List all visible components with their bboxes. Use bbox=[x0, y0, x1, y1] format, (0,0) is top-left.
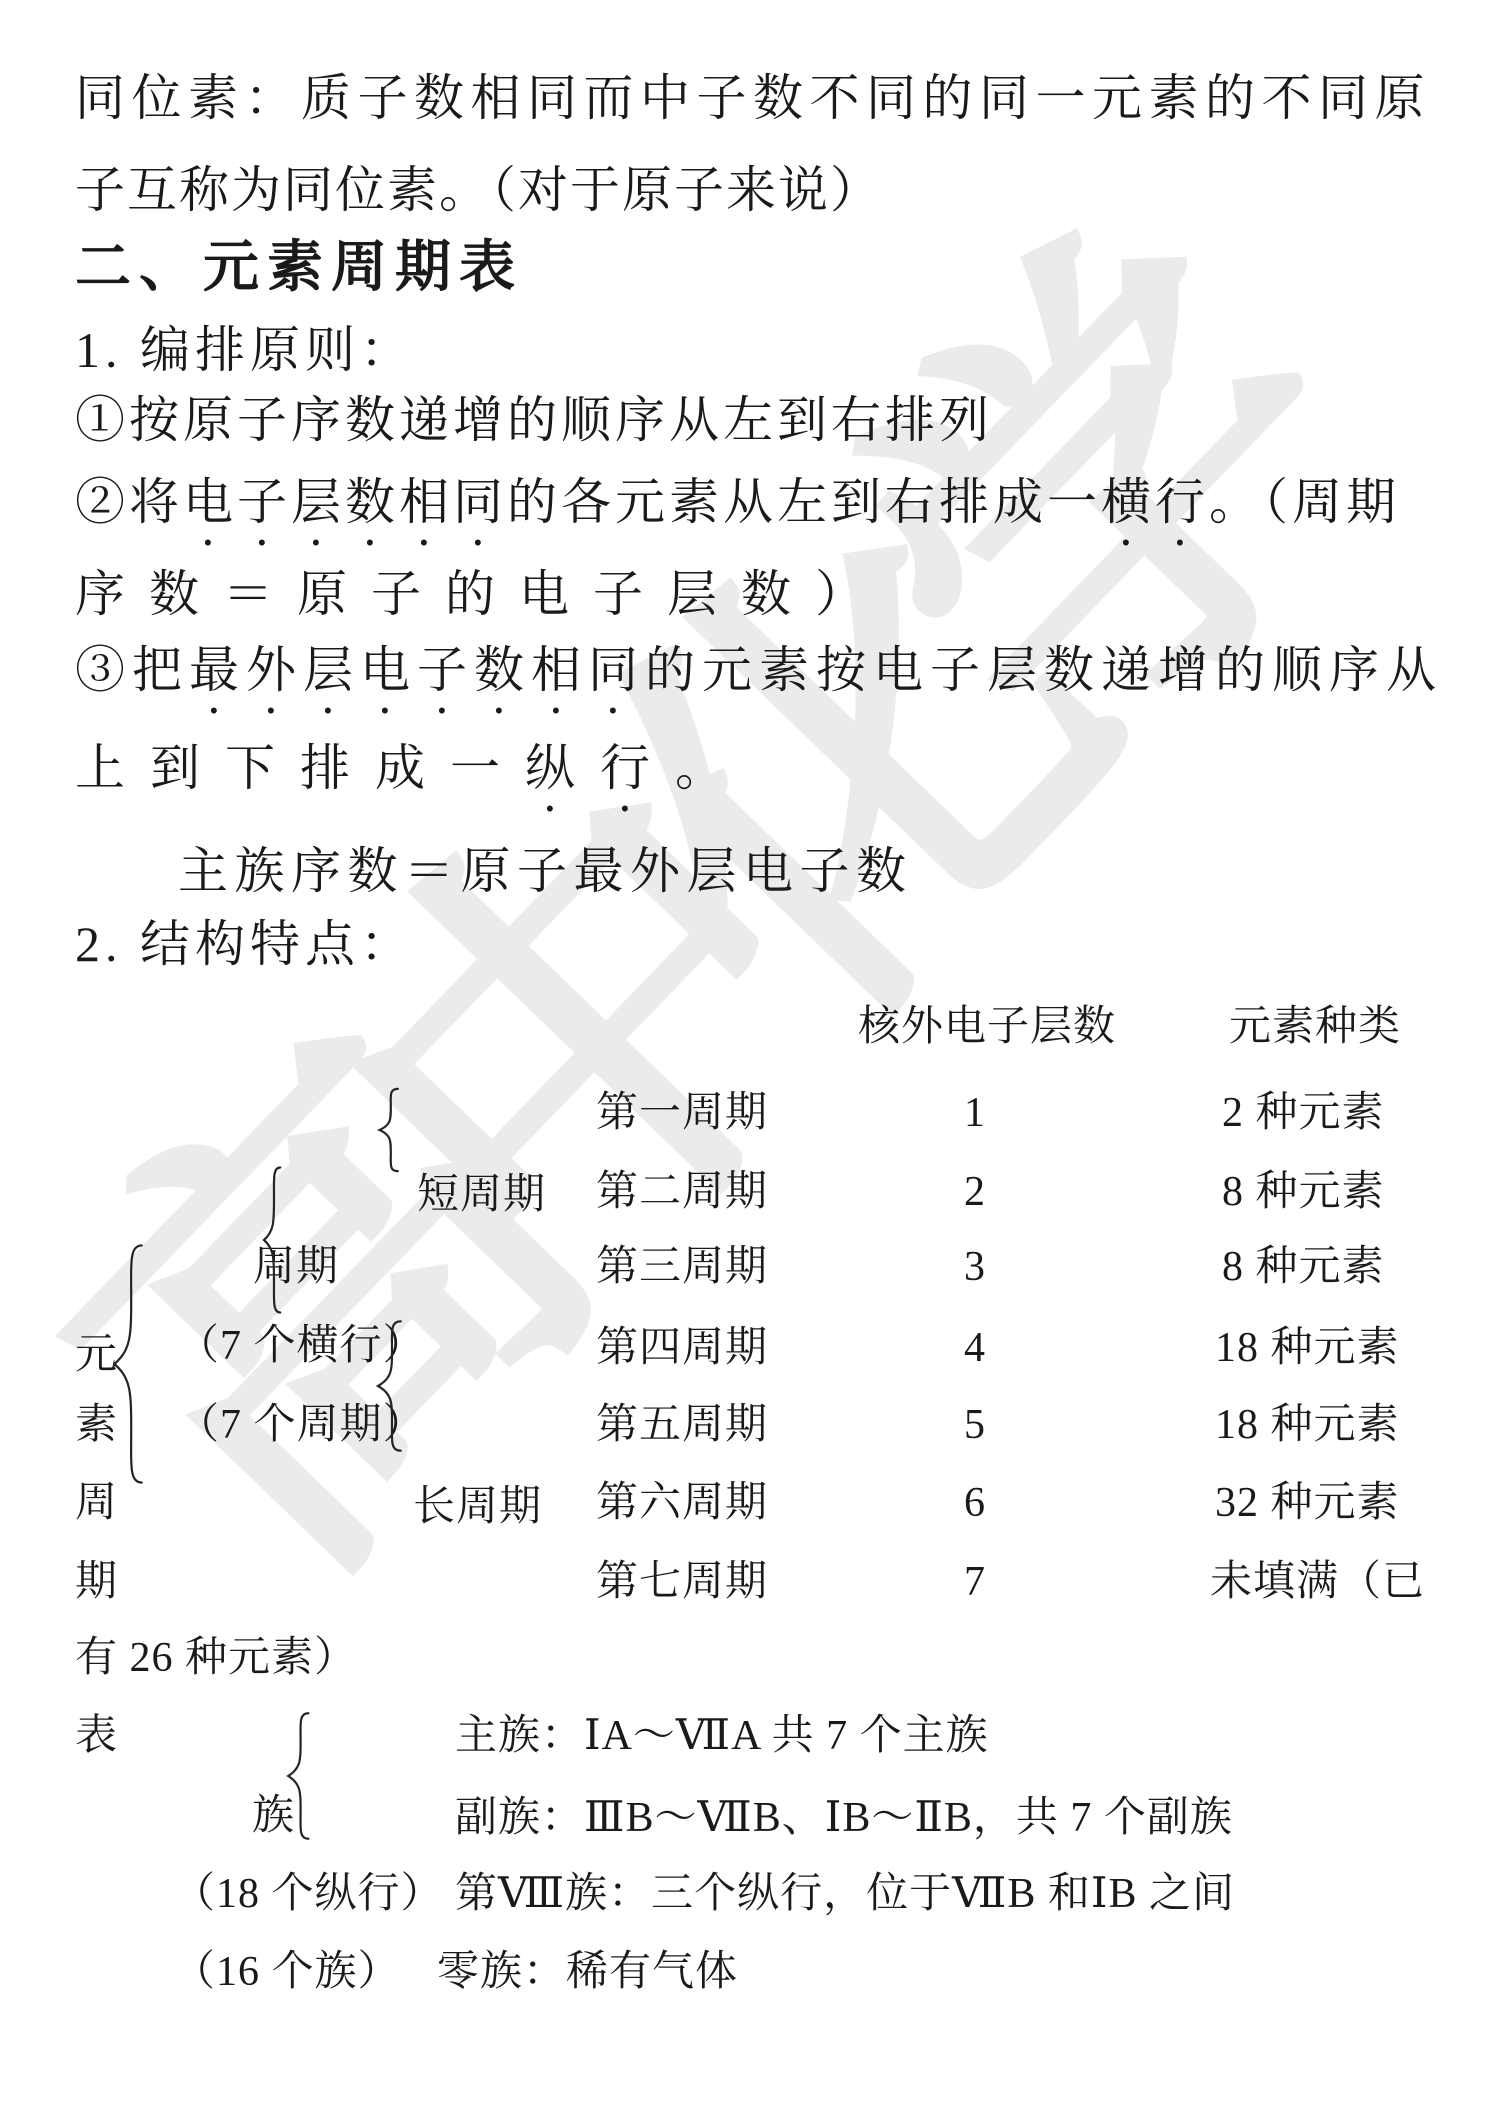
rule3-line: ③把最外层电子数相同的元素按电子层数递增的顺序从 bbox=[75, 642, 1443, 725]
document-page: 高中化学 同位素：质子数相同而中子数不同的同一元素的不同原 子互称为同位素。（对… bbox=[0, 0, 1499, 2121]
subsection1-title: 1. 编排原则： bbox=[75, 322, 415, 380]
period-name: 第三周期 bbox=[596, 1243, 768, 1291]
emphasized-text: 最外层电子数相同 bbox=[189, 642, 645, 698]
layer-count: 1 bbox=[945, 1089, 1005, 1137]
element-kinds: 18 种元素 bbox=[1215, 1401, 1400, 1449]
element-kinds: 未填满（已 bbox=[1210, 1558, 1425, 1606]
brace-period-group bbox=[259, 1166, 284, 1314]
element-kinds: 32 种元素 bbox=[1215, 1479, 1400, 1527]
column-header-electron-layers: 核外电子层数 bbox=[858, 1003, 1116, 1051]
short-period-label: 短周期 bbox=[417, 1171, 546, 1219]
period-name: 第六周期 bbox=[596, 1479, 768, 1527]
long-period-label: 长周期 bbox=[413, 1483, 542, 1531]
layer-count: 6 bbox=[945, 1479, 1005, 1527]
side-label-char: 表 bbox=[75, 1712, 118, 1760]
groups-count-label: （16 个族） bbox=[173, 1948, 401, 1996]
element-kinds: 8 种元素 bbox=[1222, 1243, 1385, 1291]
period-name: 第四周期 bbox=[596, 1324, 768, 1372]
layer-count: 7 bbox=[945, 1558, 1005, 1606]
layer-count: 2 bbox=[945, 1168, 1005, 1216]
element-kinds: 2 种元素 bbox=[1222, 1089, 1385, 1137]
brace-groups bbox=[282, 1712, 313, 1840]
document-content: 同位素：质子数相同而中子数不同的同一元素的不同原 子互称为同位素。（对于原子来说… bbox=[0, 0, 1499, 2121]
isotope-definition-line2: 子互称为同位素。（对于原子来说） bbox=[75, 162, 882, 220]
main-group-line: 主族：ⅠA～ⅦA 共 7 个主族 bbox=[455, 1712, 989, 1760]
period-name: 第一周期 bbox=[596, 1089, 768, 1137]
section-heading: 二、元素周期表 bbox=[75, 236, 523, 300]
layer-count: 3 bbox=[945, 1243, 1005, 1291]
isotope-definition-line1: 同位素：质子数相同而中子数不同的同一元素的不同原 bbox=[75, 70, 1431, 128]
plain-text: ③把 bbox=[75, 642, 189, 698]
columns-count-label: （18 个纵行） bbox=[173, 1870, 444, 1918]
rule3-continuation-line: 上到下排成一纵行。 bbox=[75, 740, 750, 823]
rule2-continuation-line: 序数＝原子的电子层数） bbox=[75, 566, 889, 624]
column-header-element-kinds: 元素种类 bbox=[1229, 1003, 1401, 1051]
plain-text: 上到下排成一 bbox=[75, 740, 525, 796]
layer-count: 5 bbox=[945, 1401, 1005, 1449]
subsection2-title: 2. 结构特点： bbox=[75, 916, 415, 974]
zero-group-line: 零族：稀有气体 bbox=[437, 1948, 738, 1996]
brace-element-periodic-table bbox=[106, 1243, 148, 1485]
element-kinds: 18 种元素 bbox=[1215, 1324, 1400, 1372]
plain-text: ②将 bbox=[75, 474, 183, 530]
emphasized-text: 电子层数相同 bbox=[183, 474, 507, 530]
sub-group-line: 副族：ⅢB～ⅦB、ⅠB～ⅡB，共 7 个副族 bbox=[455, 1794, 1233, 1842]
rule1-line: ①按原子序数递增的顺序从左到右排列 bbox=[75, 392, 993, 450]
side-label-char: 期 bbox=[75, 1558, 118, 1606]
brace-long-periods bbox=[371, 1320, 406, 1452]
plain-text: 的元素按电子层数递增的顺序从 bbox=[645, 642, 1443, 698]
emphasized-text: 横行 bbox=[1101, 474, 1209, 530]
emphasized-text: 纵行 bbox=[525, 740, 675, 796]
plain-text: 。（周期 bbox=[1209, 474, 1400, 530]
side-label-char: 周 bbox=[75, 1479, 118, 1527]
period-name: 第五周期 bbox=[596, 1401, 768, 1449]
plain-text: 。 bbox=[675, 740, 750, 796]
viii-group-line: 第Ⅷ族：三个纵行，位于ⅦB 和ⅠB 之间 bbox=[455, 1870, 1235, 1918]
layer-count: 4 bbox=[945, 1324, 1005, 1372]
plain-text: 的各元素从左到右排成一 bbox=[507, 474, 1101, 530]
period-name: 第二周期 bbox=[596, 1168, 768, 1216]
element-kinds: 8 种元素 bbox=[1222, 1168, 1385, 1216]
overflow-continuation-line: 有 26 种元素） bbox=[75, 1634, 357, 1682]
brace-short-periods bbox=[374, 1088, 402, 1172]
rule2-line: ②将电子层数相同的各元素从左到右排成一横行。（周期 bbox=[75, 474, 1400, 557]
main-group-formula-line: 主族序数＝原子最外层电子数 bbox=[178, 843, 913, 901]
period-name: 第七周期 bbox=[596, 1558, 768, 1606]
